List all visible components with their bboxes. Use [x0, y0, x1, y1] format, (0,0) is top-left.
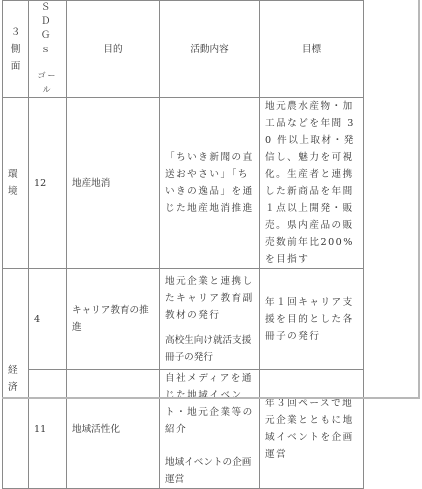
purpose-cell: 地産地消 [67, 98, 160, 269]
header-targets: 目標 [260, 1, 364, 98]
header-purpose: 目的 [67, 1, 160, 98]
table-row: 11 地域活性化 自社メディアを通じた地域イベント・地元企業等の紹介 地域イベン… [3, 370, 364, 401]
activities-cell: 「ちいき新聞の直送おやさい」「ちいきの逸品」を通じた地産地消推進 [160, 98, 260, 269]
header-sdgs-line2: ゴール [34, 69, 61, 97]
header-row: ３側面 ＳＤＧｓ ゴール 目的 活動内容 目標 [3, 1, 364, 98]
header-sdgs-goal: ＳＤＧｓ ゴール [29, 1, 67, 98]
table-right-edge [418, 0, 420, 399]
aspect-cell: 環境 [3, 98, 29, 269]
activities-cell: 地元企業と連携したキャリア教育副教材の発行 高校生向け就活支援冊子の発行 [160, 269, 260, 370]
purpose-cell: キャリア教育の推進 [67, 269, 160, 370]
target-cell: 地元農水産物・加工品などを年間 30 件以上取材・発信し、魅力を可視化。生産者と… [260, 98, 364, 269]
goal-cell: 12 [29, 98, 67, 269]
target-text: 地元農水産物・加工品などを年間 30 件以上取材・発信し、魅力を可視化。生産者と… [265, 98, 358, 268]
table-bottom-edge [2, 397, 418, 399]
target-cell: 年３回ペースで地元企業とともに地域イベントを企画運営 [260, 370, 364, 401]
table-row: 環境 12 地産地消 「ちいき新聞の直送おやさい」「ちいきの逸品」を通じた地産地… [3, 98, 364, 269]
activities-cell: 自社メディアを通じた地域イベント・地元企業等の紹介 地域イベントの企画運営 [160, 370, 260, 401]
header-aspect: ３側面 [3, 1, 29, 98]
activity-item: 地元企業と連携したキャリア教育副教材の発行 [165, 273, 254, 324]
target-cell: 年１回キャリア支援を目的とした各冊子の発行 [260, 269, 364, 370]
sdgs-table: ３側面 ＳＤＧｓ ゴール 目的 活動内容 目標 環境 12 地産地消 「ちいき新… [2, 0, 364, 400]
goal-cell: 11 [29, 370, 67, 401]
target-text: 年１回キャリア支援を目的とした各冊子の発行 [265, 294, 358, 345]
header-sdgs-line1: ＳＤＧｓ [34, 1, 61, 57]
goal-cell: 4 [29, 269, 67, 370]
header-activities: 活動内容 [160, 1, 260, 98]
activity-item: 自社メディアを通じた地域イベント・地元企業等の紹介 [165, 370, 254, 400]
activity-item: 高校生向け就活支援冊子の発行 [165, 332, 254, 366]
aspect-cell: 経済 [3, 269, 29, 401]
purpose-cell: 地域活性化 [67, 370, 160, 401]
activity-item: 「ちいき新聞の直送おやさい」「ちいきの逸品」を通じた地産地消推進 [165, 149, 254, 217]
table-row: 経済 4 キャリア教育の推進 地元企業と連携したキャリア教育副教材の発行 高校生… [3, 269, 364, 370]
